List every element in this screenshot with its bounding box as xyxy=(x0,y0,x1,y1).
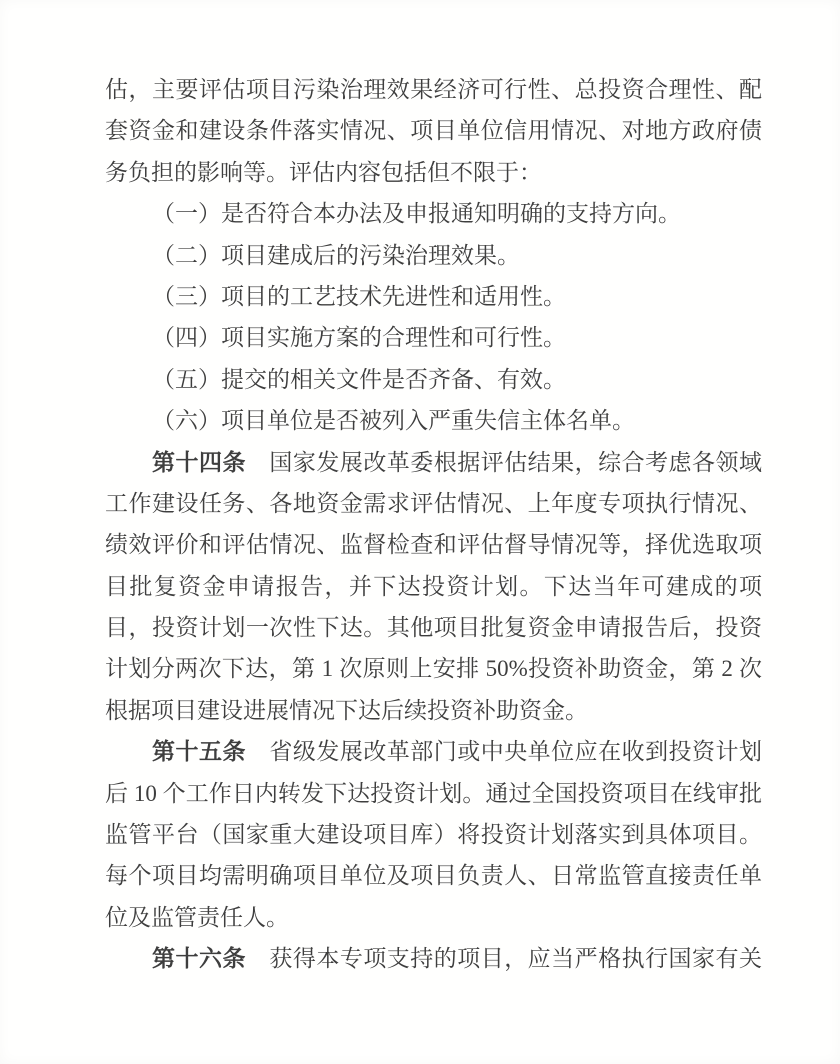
text-line: （四）项目实施方案的合理性和可行性。 xyxy=(105,317,762,358)
text-line: （五）提交的相关文件是否齐备、有效。 xyxy=(105,359,762,400)
text-line: 监管平台（国家重大建设项目库）将投资计划落实到具体项目。 xyxy=(105,814,762,855)
article-number: 第十六条 xyxy=(152,946,246,971)
text-line: 每个项目均需明确项目单位及项目负责人、日常监管直接责任单 xyxy=(105,855,762,896)
text-line: 位及监管责任人。 xyxy=(105,897,762,938)
line-text: 目，投资计划一次性下达。其他项目批复资金申请报告后，投资 xyxy=(105,615,762,640)
line-text: （二）项目建成后的污染治理效果。 xyxy=(152,243,520,268)
line-text: 位及监管责任人。 xyxy=(105,905,289,930)
document-body: 估，主要评估项目污染治理效果经济可行性、总投资合理性、配套资金和建设条件落实情况… xyxy=(105,69,762,980)
line-text: （三）项目的工艺技术先进性和适用性。 xyxy=(152,284,566,309)
line-text: 估，主要评估项目污染治理效果经济可行性、总投资合理性、配 xyxy=(105,77,762,102)
line-text: 绩效评价和评估情况、监督检查和评估督导情况等，择优选取项 xyxy=(105,532,762,557)
line-text: 获得本专项支持的项目，应当严格执行国家有关 xyxy=(246,946,762,971)
line-text: 计划分两次下达，第 1 次原则上安排 50%投资补助资金，第 2 次 xyxy=(105,656,762,681)
article-number: 第十四条 xyxy=(152,450,246,475)
line-text: 省级发展改革部门或中央单位应在收到投资计划 xyxy=(246,739,762,764)
text-line: 第十六条 获得本专项支持的项目，应当严格执行国家有关 xyxy=(105,938,762,979)
line-text: 后 10 个工作日内转发下达投资计划。通过全国投资项目在线审批 xyxy=(105,781,762,806)
line-text: （六）项目单位是否被列入严重失信主体名单。 xyxy=(152,408,635,433)
text-line: 目批复资金申请报告，并下达投资计划。下达当年可建成的项 xyxy=(105,566,762,607)
line-text: （四）项目实施方案的合理性和可行性。 xyxy=(152,325,566,350)
text-line: 根据项目建设进展情况下达后续投资补助资金。 xyxy=(105,690,762,731)
document-page: 估，主要评估项目污染治理效果经济可行性、总投资合理性、配套资金和建设条件落实情况… xyxy=(0,0,840,1064)
line-text: 根据项目建设进展情况下达后续投资补助资金。 xyxy=(105,698,588,723)
text-line: （一）是否符合本办法及申报通知明确的支持方向。 xyxy=(105,193,762,234)
line-text: （五）提交的相关文件是否齐备、有效。 xyxy=(152,367,566,392)
line-text: 监管平台（国家重大建设项目库）将投资计划落实到具体项目。 xyxy=(105,822,762,847)
text-line: 目，投资计划一次性下达。其他项目批复资金申请报告后，投资 xyxy=(105,607,762,648)
article-number: 第十五条 xyxy=(152,739,246,764)
line-text: （一）是否符合本办法及申报通知明确的支持方向。 xyxy=(152,201,681,226)
text-line: 工作建设任务、各地资金需求评估情况、上年度专项执行情况、 xyxy=(105,483,762,524)
line-text: 套资金和建设条件落实情况、项目单位信用情况、对地方政府债 xyxy=(105,118,762,143)
text-line: 计划分两次下达，第 1 次原则上安排 50%投资补助资金，第 2 次 xyxy=(105,648,762,689)
text-line: （三）项目的工艺技术先进性和适用性。 xyxy=(105,276,762,317)
text-line: 第十五条 省级发展改革部门或中央单位应在收到投资计划 xyxy=(105,731,762,772)
text-line: （六）项目单位是否被列入严重失信主体名单。 xyxy=(105,400,762,441)
text-line: 后 10 个工作日内转发下达投资计划。通过全国投资项目在线审批 xyxy=(105,773,762,814)
line-text: 每个项目均需明确项目单位及项目负责人、日常监管直接责任单 xyxy=(105,863,762,888)
line-text: 国家发展改革委根据评估结果，综合考虑各领域 xyxy=(246,450,762,475)
text-line: 务负担的影响等。评估内容包括但不限于： xyxy=(105,152,762,193)
line-text: 目批复资金申请报告，并下达投资计划。下达当年可建成的项 xyxy=(105,574,762,599)
text-line: 第十四条 国家发展改革委根据评估结果，综合考虑各领域 xyxy=(105,442,762,483)
line-text: 务负担的影响等。评估内容包括但不限于： xyxy=(105,160,542,185)
text-line: 套资金和建设条件落实情况、项目单位信用情况、对地方政府债 xyxy=(105,110,762,151)
text-line: 估，主要评估项目污染治理效果经济可行性、总投资合理性、配 xyxy=(105,69,762,110)
text-line: （二）项目建成后的污染治理效果。 xyxy=(105,235,762,276)
text-line: 绩效评价和评估情况、监督检查和评估督导情况等，择优选取项 xyxy=(105,524,762,565)
line-text: 工作建设任务、各地资金需求评估情况、上年度专项执行情况、 xyxy=(105,491,762,516)
